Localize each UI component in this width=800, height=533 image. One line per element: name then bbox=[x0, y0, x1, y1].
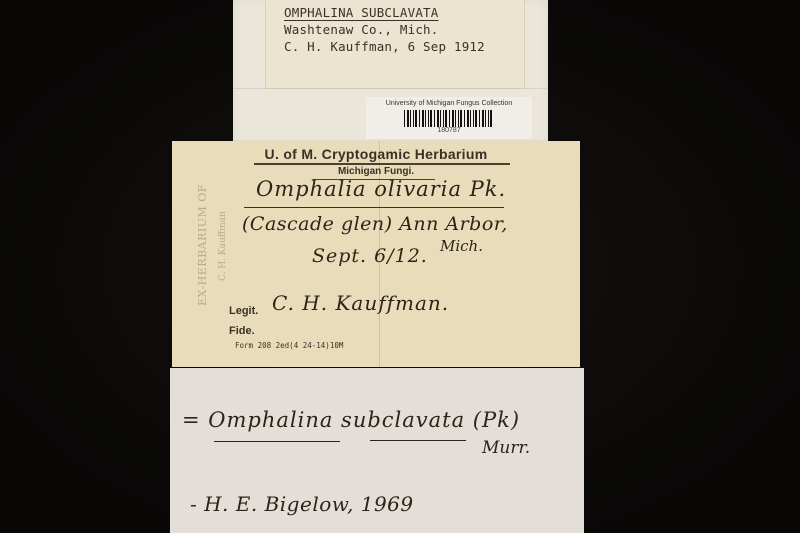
stamp-line-1: EX-HERBARIUM OF bbox=[196, 184, 209, 306]
barcode-label: University of Michigan Fungus Collection… bbox=[366, 97, 532, 139]
determiner-text: - H. E. Bigelow, 1969 bbox=[190, 492, 414, 516]
packet-locality-line: Washtenaw Co., Mich. bbox=[284, 22, 439, 37]
handwritten-date: Sept. 6/12. bbox=[312, 245, 428, 267]
genus-underline bbox=[214, 441, 340, 442]
header-rule bbox=[254, 163, 510, 165]
barcode-number: 180787 bbox=[366, 127, 532, 134]
barcode-icon bbox=[404, 110, 494, 127]
ex-herbarium-stamp: EX-HERBARIUM OF C. H. Kauffman bbox=[180, 181, 236, 311]
taxon-underline bbox=[244, 207, 504, 208]
determination-text: = Omphalina subclavata (Pk) bbox=[182, 408, 520, 432]
form-note: Form 208 2ed(4 24-14)10M bbox=[235, 341, 343, 350]
species-underline bbox=[370, 440, 466, 441]
typed-packet-label: OMPHALINA SUBCLAVATA Washtenaw Co., Mich… bbox=[265, 0, 525, 89]
herbarium-subheader: Michigan Fungi. bbox=[172, 166, 580, 177]
legit-label: Legit. bbox=[229, 305, 258, 317]
handwritten-taxon: Omphalia olivaria Pk. bbox=[256, 177, 506, 201]
herbarium-label: U. of M. Cryptogamic Herbarium Michigan … bbox=[172, 141, 580, 367]
packet-collector-line: C. H. Kauffman, 6 Sep 1912 bbox=[284, 39, 485, 54]
barcode-institution: University of Michigan Fungus Collection bbox=[366, 100, 532, 107]
packet-taxon-line: OMPHALINA SUBCLAVATA bbox=[284, 5, 439, 20]
fide-label: Fide. bbox=[229, 325, 255, 337]
handwritten-locality: (Cascade glen) Ann Arbor, bbox=[242, 213, 508, 235]
stamp-line-2: C. H. Kauffman bbox=[218, 211, 228, 281]
annotation-slip: = Omphalina subclavata (Pk) Murr. - H. E… bbox=[170, 368, 584, 533]
authority-text: Murr. bbox=[482, 438, 530, 458]
handwritten-state: Mich. bbox=[440, 237, 483, 255]
herbarium-header: U. of M. Cryptogamic Herbarium bbox=[172, 146, 580, 162]
legit-value: C. H. Kauffman. bbox=[272, 291, 449, 315]
